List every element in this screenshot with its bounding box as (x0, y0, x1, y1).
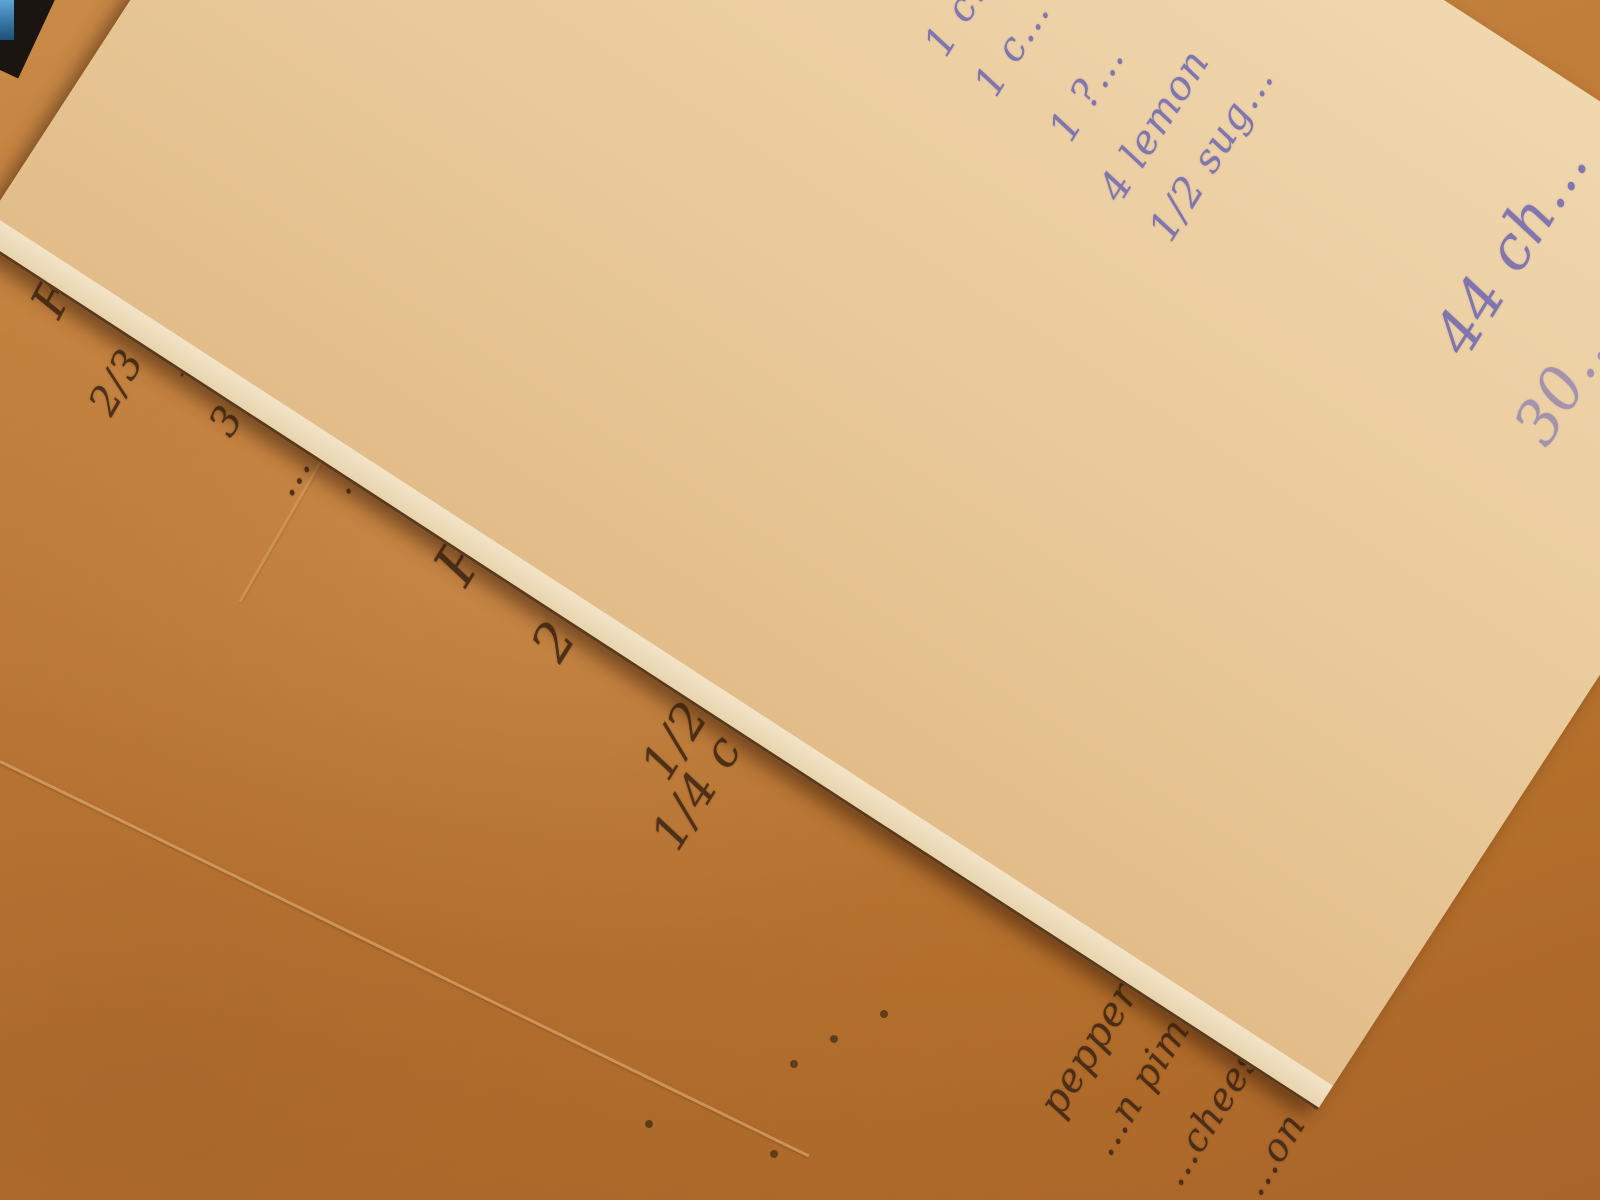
blue-object-corner (0, 0, 14, 40)
photo-scene: Fudge P... 2/3 c milk 1 c marshm... 3 oz… (0, 0, 1600, 1200)
